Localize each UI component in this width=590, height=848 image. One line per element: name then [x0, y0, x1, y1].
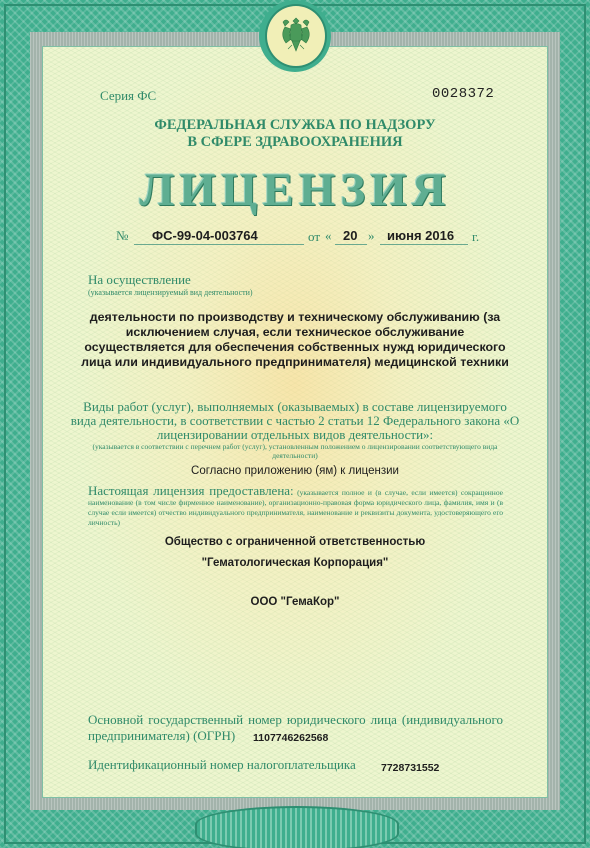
number-sign: №: [116, 228, 128, 244]
year-suffix: г.: [472, 229, 479, 245]
licensed-activity: деятельности по производству и техническ…: [75, 310, 515, 370]
license-number: ФС-99-04-003764: [152, 228, 258, 243]
granted-block: Настоящая лицензия предоставлена: (указы…: [88, 486, 503, 528]
organization-full-name-line2: "Гематологическая Корпорация": [60, 557, 530, 569]
works-value: Согласно приложению (ям) к лицензии: [60, 465, 530, 477]
agency-line-1: ФЕДЕРАЛЬНАЯ СЛУЖБА ПО НАДЗОРУ: [60, 117, 530, 134]
date-month-year: июня 2016: [387, 228, 454, 243]
date-from-label: от: [308, 229, 320, 245]
document-title: ЛИЦЕНЗИЯ: [60, 163, 530, 217]
inn-label: Идентификационный номер налогоплательщик…: [88, 757, 356, 773]
organization-full-name-line1: Общество с ограниченной ответственностью: [60, 536, 530, 548]
granted-label: Настоящая лицензия предоставлена:: [88, 483, 294, 498]
agency-name: ФЕДЕРАЛЬНАЯ СЛУЖБА ПО НАДЗОРУ В СФЕРЕ ЗД…: [60, 117, 530, 151]
license-number-line: № ФС-99-04-003764 от « 20 » июня 2016 г.: [110, 228, 480, 246]
date-day: 20: [343, 228, 357, 243]
blank-number: 0028372: [432, 86, 494, 102]
series-label: Серия ФС: [100, 88, 156, 104]
works-hint: (указывается в соответствии с перечнем р…: [90, 442, 500, 460]
activity-hint: (указывается лицензируемый вид деятельно…: [88, 288, 253, 297]
ogrn-value: 1107746262568: [253, 732, 328, 744]
agency-line-2: В СФЕРЕ ЗДРАВООХРАНЕНИЯ: [60, 134, 530, 151]
activity-label: На осуществление: [88, 272, 191, 288]
bottom-ornament: [195, 806, 399, 848]
works-label: Виды работ (услуг), выполняемых (оказыва…: [70, 400, 520, 442]
organization-short-name: ООО "ГемаКор": [60, 596, 530, 608]
coat-of-arms-icon: [265, 4, 327, 68]
date-open-quote: «: [325, 228, 332, 244]
inn-value: 7728731552: [381, 762, 439, 774]
date-close-quote: »: [368, 228, 375, 244]
